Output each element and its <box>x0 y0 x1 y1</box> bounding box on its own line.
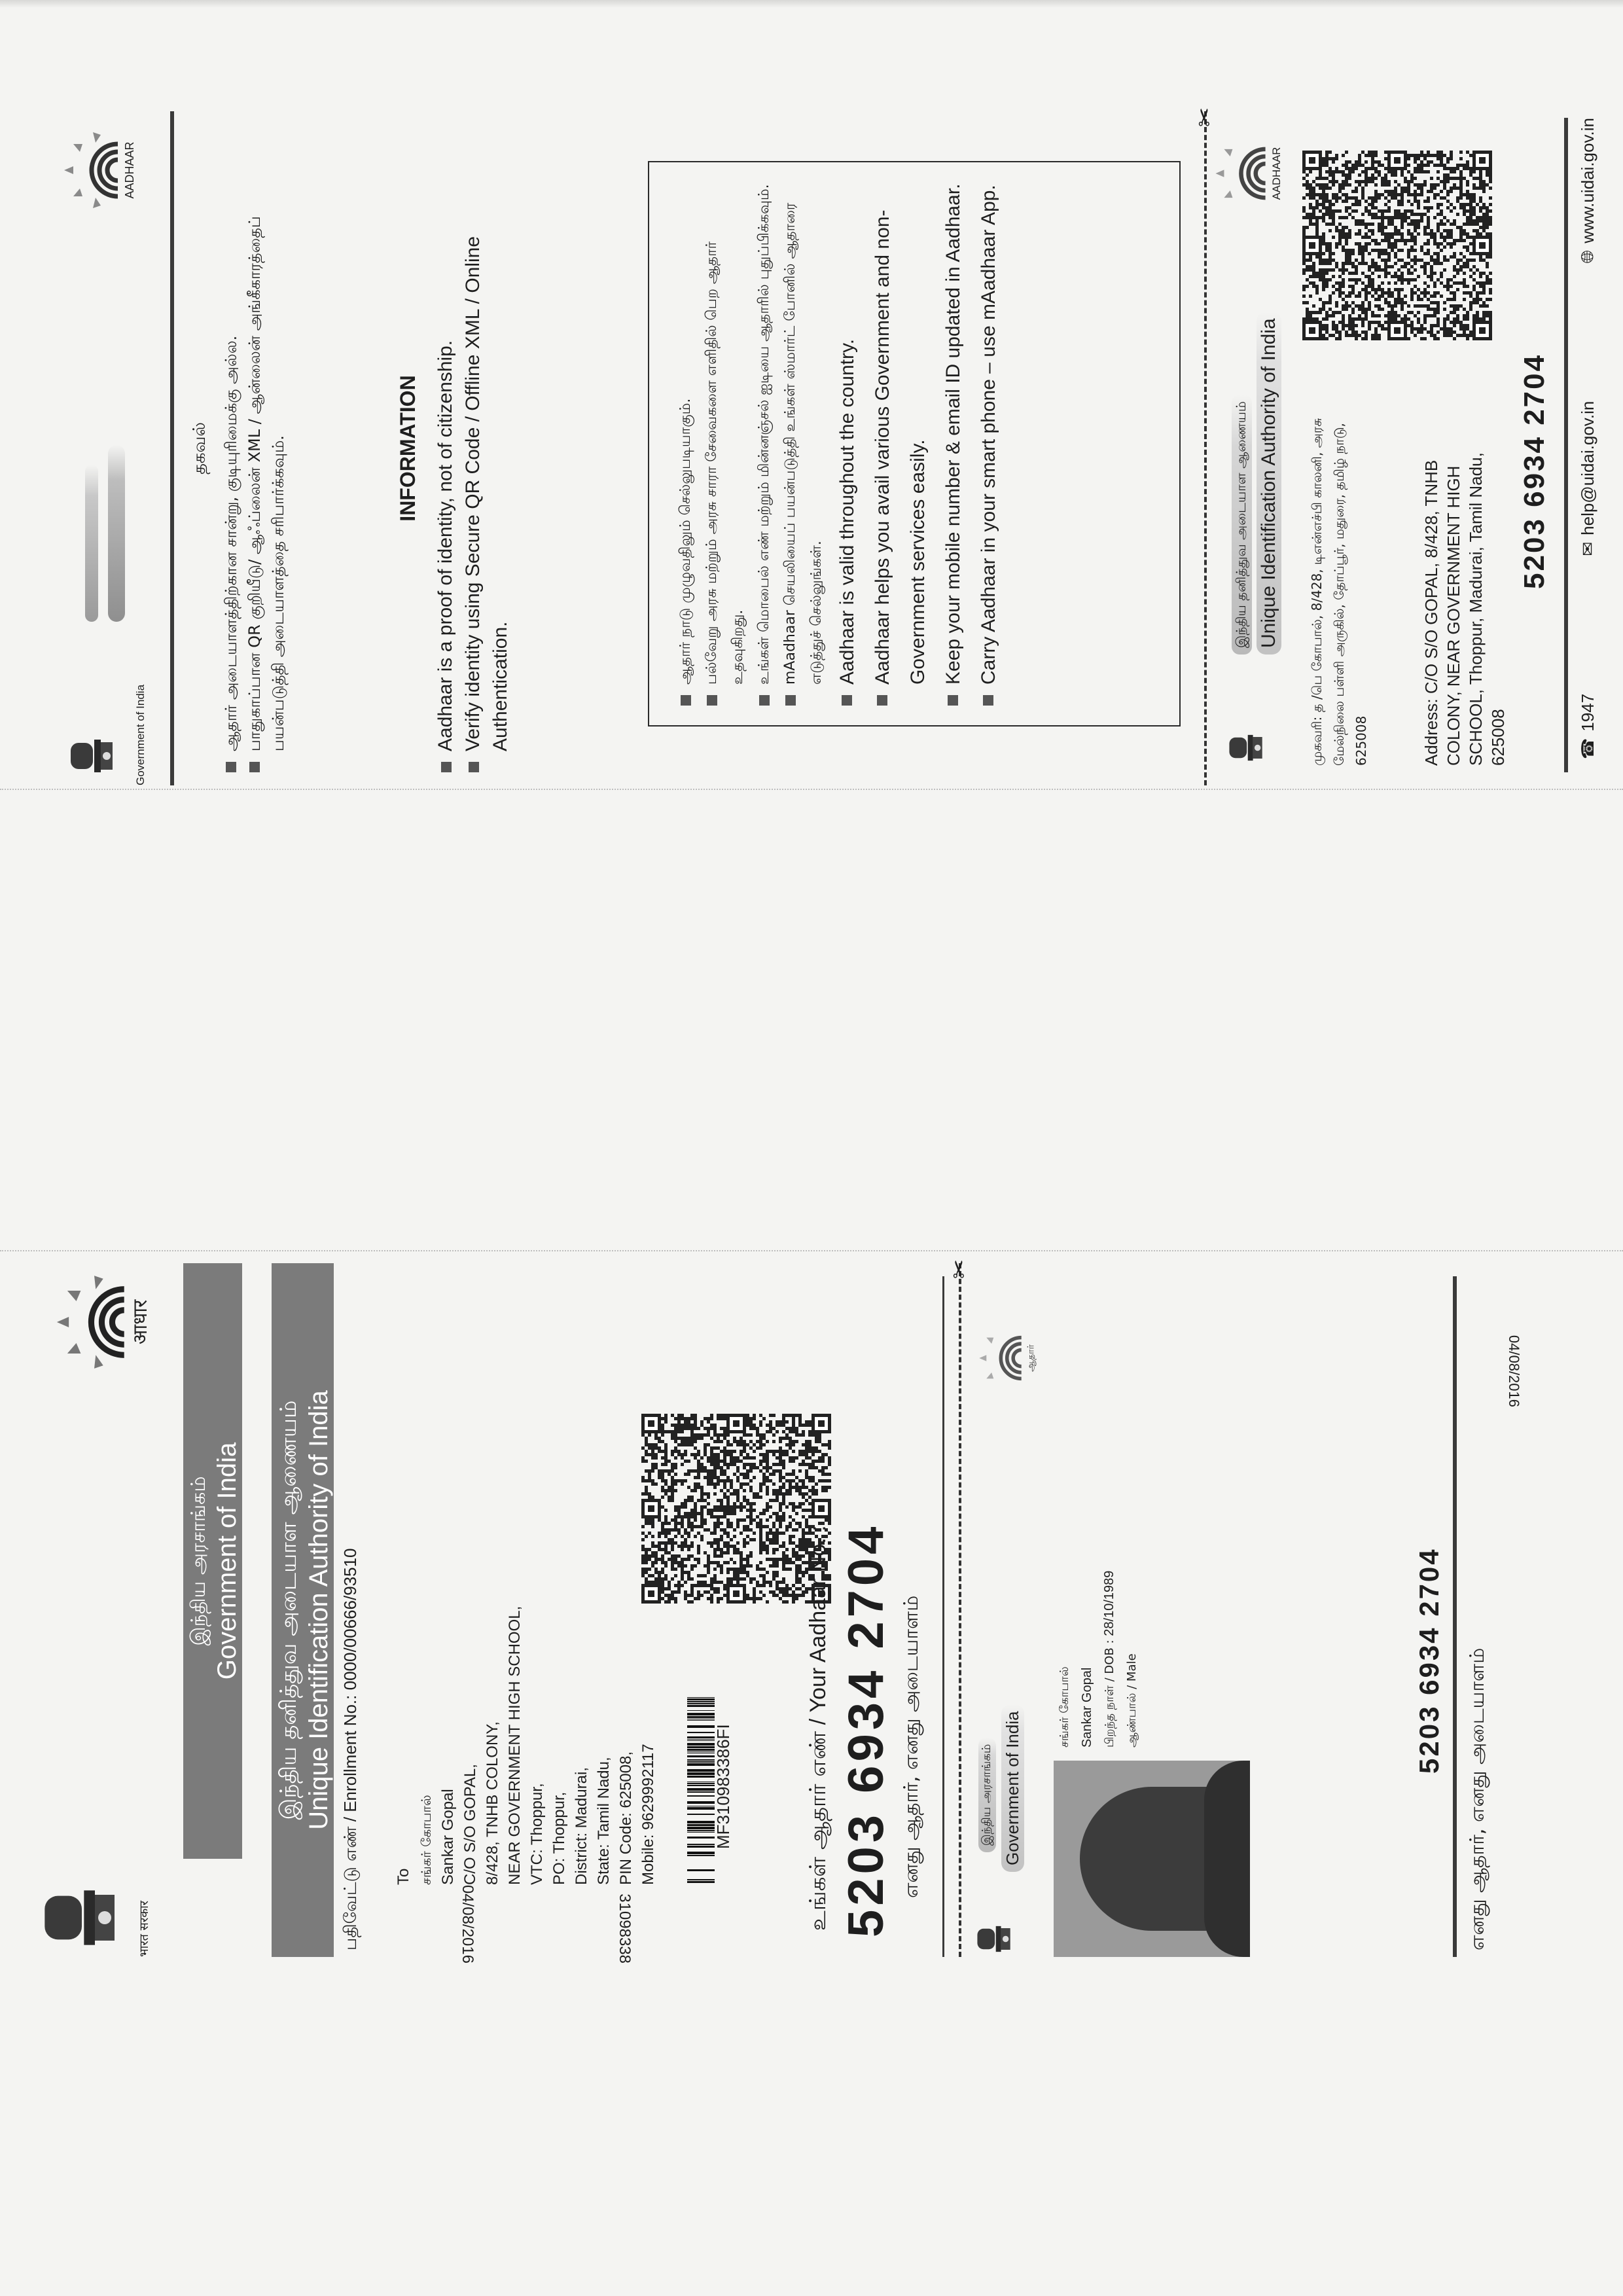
address-line: NEAR GOVERNMENT HIGH SCHOOL, <box>504 1606 526 1885</box>
holder-photo <box>1054 1761 1250 1957</box>
barcode-text: MF310983386FI <box>713 1724 734 1849</box>
aadhaar-letter-front: भारत सरकार இந்திய அரசாங்கம் Government o… <box>26 1250 1610 1970</box>
card-details: சங்கர் கோபால் Sankar Gopal பிறந்த நாள் /… <box>1054 1571 1143 1748</box>
svg-text:AADHAAR: AADHAAR <box>1270 147 1283 200</box>
recipient-name: Sankar Gopal <box>437 1606 459 1885</box>
tip-item: Keep your mobile number & email ID updat… <box>936 182 971 706</box>
address-line: PIN Code: 625008, <box>615 1606 637 1885</box>
tip-item: ஆதார் நாடு முழுவதிலும் செல்லுபடியாகும். <box>673 182 699 706</box>
card-rule <box>1453 1276 1457 1957</box>
contact-phone[interactable]: ☎1947 <box>1577 694 1598 759</box>
info-title-english: INFORMATION <box>396 111 420 785</box>
enrollment-number: பதிவேட்டு எண் / Enrollment No.: 0000/006… <box>340 1549 363 1951</box>
gov-tamil: இந்திய அரசாங்கம் <box>183 1263 213 1859</box>
card-gov-english: Government of India <box>1001 1704 1024 1872</box>
bullet-icon <box>759 695 770 706</box>
national-emblem-icon <box>1224 730 1273 766</box>
scan-edge <box>0 0 1623 8</box>
tip-item: பல்வேறு அரசு மற்றும் அரசு சாரா சேவைகளை எ… <box>699 182 751 706</box>
tip-item: உங்கள் மொபைல் எண் மற்றும் மின்னஞ்சல் ஐடி… <box>751 182 777 706</box>
aadhaar-number: 5203 6934 2704 <box>1518 353 1551 589</box>
fold-line <box>0 789 1623 791</box>
bullet-icon <box>785 695 796 706</box>
card-name-tamil: சங்கர் கோபால் <box>1054 1571 1076 1748</box>
cut-line: ✂ <box>1204 111 1207 785</box>
bullet-icon <box>877 695 887 706</box>
phone-icon: ☎ <box>1578 738 1598 759</box>
tip-item: Aadhaar is valid throughout the country. <box>830 182 865 706</box>
cut-line: ✂ <box>959 1263 961 1957</box>
scissors-icon: ✂ <box>1191 107 1219 127</box>
qr-code <box>641 1414 831 1604</box>
globe-icon: 🌐︎ <box>1577 250 1598 264</box>
secure-qr-code <box>1302 151 1492 340</box>
uidai-banner: இந்திய தனித்துவ அடையாள ஆணையம் Unique Ide… <box>272 1263 334 1957</box>
bullet-icon <box>842 695 852 706</box>
aadhaar-letter-back: Government of India AADHAAR தகவல் ஆதார் … <box>39 111 1623 785</box>
tip-item: mAadhaar செயலியைப் பயன்படுத்தி உங்கள் ஸ்… <box>777 182 830 706</box>
uidai-tamil: இந்திய தனித்துவ அடையாள ஆணையம் <box>272 1263 304 1957</box>
tricolour-brush-stroke <box>85 465 98 622</box>
bullet-icon <box>681 695 691 706</box>
tagline: எனது ஆதார், எனது அடையாளம் <box>900 1596 925 1898</box>
aadhaar-logo-icon: AADHAAR <box>59 124 137 216</box>
mail-icon: ✉ <box>1578 542 1598 556</box>
aadhaar-logo-icon: ஆதார் <box>975 1322 1037 1394</box>
card-aadhaar-number: 5203 6934 2704 <box>1414 1547 1445 1774</box>
tricolour-brush-stroke <box>108 445 125 622</box>
contact-web[interactable]: 🌐︎www.uidai.gov.in <box>1577 118 1598 264</box>
info-item: பாதுகாப்பான QR குறியீடு/ ஆஃப்லைன் XML / … <box>243 124 290 772</box>
national-emblem-icon <box>65 733 124 779</box>
address-line: C/O S/O GOPAL, <box>459 1606 482 1885</box>
card-issue-date: 04/08/2016 <box>1505 1335 1522 1407</box>
bullet-icon <box>249 762 260 772</box>
info-item: ஆதார் அடையாளத்திற்கான சான்று, குடியுரிமை… <box>219 124 243 772</box>
bullet-icon <box>441 762 452 772</box>
bullet-icon <box>707 695 717 706</box>
card-tagline: எனது ஆதார், எனது அடையாளம் <box>1466 1648 1491 1950</box>
address-line: District: Madurai, <box>571 1606 593 1885</box>
tip-item: Carry Aadhaar in your smart phone – use … <box>971 182 1007 706</box>
svg-text:आधार: आधार <box>129 1299 150 1344</box>
emblem-caption: Government of India <box>134 685 147 785</box>
info-list-english: Aadhaar is a proof of identity, not of c… <box>432 124 514 772</box>
address-line: Mobile: 9629992117 <box>637 1606 660 1885</box>
svg-text:AADHAAR: AADHAAR <box>123 141 136 198</box>
contact-email[interactable]: ✉help@uidai.gov.in <box>1577 401 1598 556</box>
print-date: 04/08/2016 <box>458 1885 476 1964</box>
aadhaar-number-label: உங்கள் ஆதார் எண் / Your Aadhaar No. : <box>805 1525 834 1931</box>
barcode <box>687 1692 715 1888</box>
card-org-english: Unique Identification Authority of India <box>1257 312 1281 655</box>
aadhaar-logo-icon: आधार <box>52 1270 151 1374</box>
government-banner: இந்திய அரசாங்கம் Government of India <box>183 1263 242 1859</box>
uidai-english: Unique Identification Authority of India <box>304 1263 333 1957</box>
aadhaar-logo-icon: AADHAAR <box>1211 131 1283 216</box>
card-name: Sankar Gopal <box>1076 1571 1098 1748</box>
address-english: Address: C/O S/O GOPAL, 8/428, TNHB COLO… <box>1420 399 1509 766</box>
aadhaar-number: 5203 6934 2704 <box>838 1523 895 1937</box>
svg-text:ஆதார்: ஆதார் <box>1026 1344 1037 1371</box>
card-gender: ஆண்பால் / Male <box>1121 1571 1143 1748</box>
bullet-icon <box>226 762 236 772</box>
bullet-icon <box>983 695 993 706</box>
card-dob: பிறந்த நாள் / DOB : 28/10/1989 <box>1098 1571 1121 1748</box>
scissors-icon: ✂ <box>946 1259 973 1279</box>
info-title-tamil: தகவல் <box>190 111 211 785</box>
info-item: Verify identity using Secure QR Code / O… <box>459 124 514 772</box>
card-org-tamil: இந்திய தனித்துவ அடையாள ஆணையம் <box>1232 395 1252 655</box>
info-item: Aadhaar is a proof of identity, not of c… <box>432 124 459 772</box>
address-line: PO: Thoppur, <box>548 1606 571 1885</box>
side-code: 31098338 <box>615 1893 633 1964</box>
footer-rule <box>1564 118 1568 772</box>
address-line: State: Tamil Nadu, <box>593 1606 615 1885</box>
gov-english: Government of India <box>213 1263 241 1859</box>
bullet-icon <box>469 762 479 772</box>
bullet-icon <box>948 695 958 706</box>
address-line: VTC: Thoppur, <box>526 1606 548 1885</box>
tips-box: ஆதார் நாடு முழுவதிலும் செல்லுபடியாகும்.ப… <box>648 161 1181 726</box>
header-rule <box>170 111 174 785</box>
contact-row: ☎1947 ✉help@uidai.gov.in 🌐︎www.uidai.gov… <box>1577 118 1598 759</box>
tip-item: Aadhaar helps you avail various Governme… <box>865 182 936 706</box>
recipient-address: To சங்கர் கோபால் Sankar Gopal C/O S/O GO… <box>393 1606 660 1885</box>
national-emblem-icon <box>36 1878 134 1957</box>
address-line: 8/428, TNHB COLONY, <box>482 1606 504 1885</box>
national-emblem-icon <box>972 1921 1021 1957</box>
info-list-tamil: ஆதார் அடையாளத்திற்கான சான்று, குடியுரிமை… <box>219 124 290 772</box>
address-tamil: முகவரி: த /பெ கோபால், 8/428, டிஎன்எச்பி … <box>1306 399 1372 766</box>
recipient-name-tamil: சங்கர் கோபால் <box>415 1606 437 1885</box>
emblem-caption: भारत सरकार <box>136 1901 152 1957</box>
card-gov-tamil: இந்திய அரசாங்கம் <box>978 1738 996 1852</box>
tips-list: ஆதார் நாடு முழுவதிலும் செல்லுபடியாகும்.ப… <box>649 162 1030 725</box>
divider <box>942 1276 944 1957</box>
